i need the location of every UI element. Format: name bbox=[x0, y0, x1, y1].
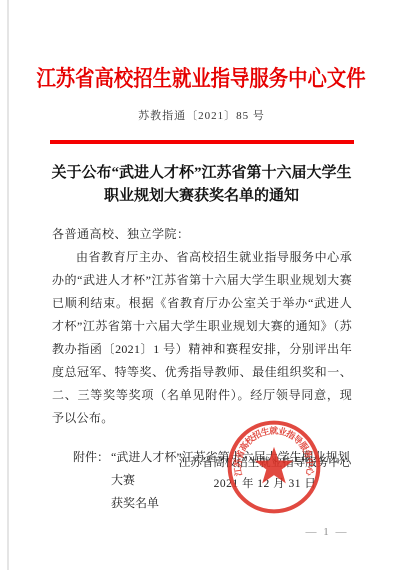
page-number: — 1 — bbox=[299, 525, 355, 539]
letterhead-org-title: 江苏省高校招生就业指导服务中心文件 bbox=[0, 0, 403, 94]
document-title-line2: 职业规划大赛获奖名单的通知 bbox=[40, 185, 363, 208]
body-paragraph: 由省教育厅主办、省高校招生就业指导服务中心承办的“武进人才杯”江苏省第十六届大学… bbox=[52, 246, 352, 430]
attachment-label: 附件： bbox=[73, 446, 109, 515]
attachment-line2: 获奖名单 bbox=[111, 496, 159, 510]
letterhead: 江苏省高校招生就业指导服务中心文件 苏教指通〔2021〕85 号 bbox=[0, 0, 403, 144]
red-divider-rule bbox=[50, 140, 354, 144]
document-title-line1: 关于公布“武进人才杯”江苏省第十六届大学生 bbox=[40, 162, 363, 185]
letterhead-org-title-text: 江苏省高校招生就业指导服务中心文件 bbox=[37, 64, 366, 94]
document-page: 江苏省高校招生就业指导服务中心文件 苏教指通〔2021〕85 号 关于公布“武进… bbox=[0, 0, 403, 570]
signature-block: 江苏省高校招生就业指导服务中心 2021 年 12 月 31 日 bbox=[176, 453, 354, 495]
salutation: 各普通高校、独立学院： bbox=[52, 223, 352, 246]
signature-date: 2021 年 12 月 31 日 bbox=[176, 474, 354, 495]
document-number: 苏教指通〔2021〕85 号 bbox=[0, 109, 403, 123]
scan-edge-line bbox=[7, 0, 9, 570]
document-title: 关于公布“武进人才杯”江苏省第十六届大学生 职业规划大赛获奖名单的通知 bbox=[40, 162, 363, 208]
signature-org: 江苏省高校招生就业指导服务中心 bbox=[176, 453, 354, 474]
